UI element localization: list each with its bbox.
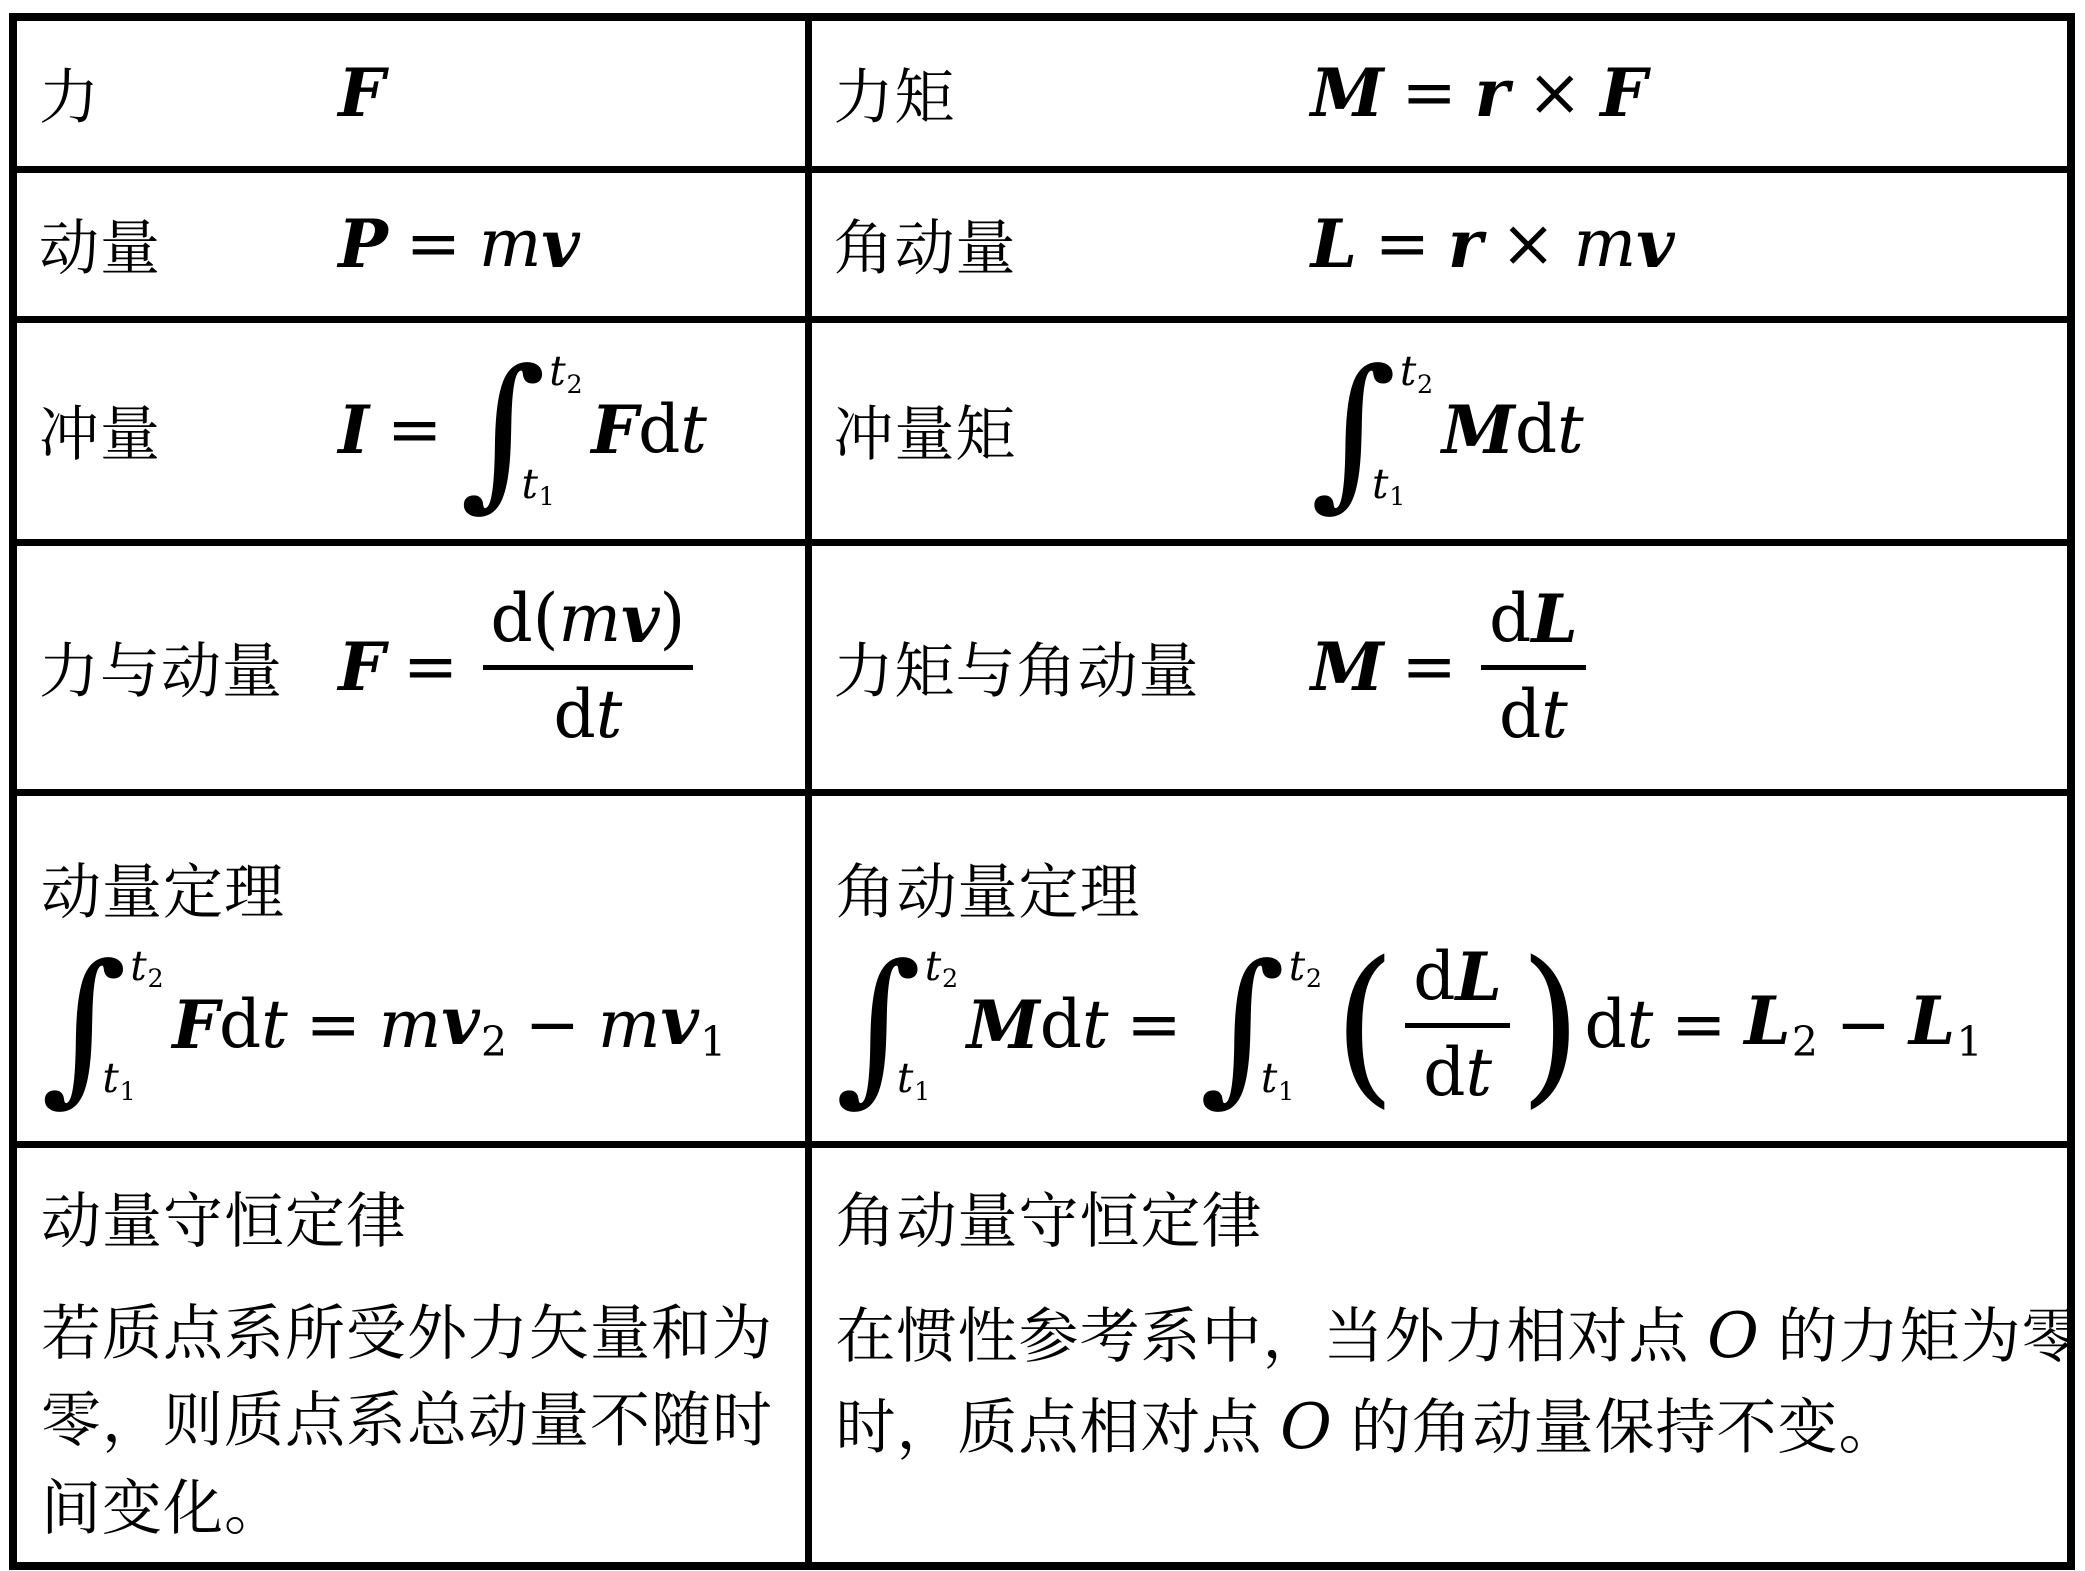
cell-torque-and-angular-momentum: 力矩与角动量 M=dLdt [808, 542, 2071, 792]
cell-angular-momentum-theorem: 角动量定理 ∫t2t1Mdt=∫t2t1(dLdt)dt=L2−L1 [808, 792, 2071, 1144]
cell-force-and-momentum: 力与动量 F=d(mv)dt [13, 542, 808, 792]
force-and-momentum-formula: F=d(mv)dt [338, 583, 700, 752]
impulse-moment-label: 冲量矩 [834, 387, 1311, 473]
torque-label: 力矩 [834, 50, 1311, 136]
row-momentum: 动量 P=mv 角动量 L=r×mv [13, 169, 2071, 319]
cell-momentum: 动量 P=mv [13, 169, 808, 319]
cell-torque: 力矩 M=r×F [808, 17, 2071, 169]
page: { "colors": { "background": "#ffffff", "… [0, 0, 2085, 1571]
physics-formula-table: 力 F 力矩 M=r×F 动量 P=mv 角动量 L=r×mv [9, 13, 2075, 1570]
angular-momentum-label: 角动量 [834, 201, 1311, 287]
cell-momentum-theorem: 动量定理 ∫t2t1Fdt=mv2−mv1 [13, 792, 808, 1144]
row-derivative-relations: 力与动量 F=d(mv)dt 力矩与角动量 M=dLdt [13, 542, 2071, 792]
angular-momentum-formula: L=r×mv [1311, 208, 1675, 281]
row-force: 力 F 力矩 M=r×F [13, 17, 2071, 169]
force-and-momentum-label: 力与动量 [39, 624, 338, 710]
momentum-theorem-formula: ∫t2t1Fdt=mv2−mv1 [41, 941, 726, 1109]
momentum-conservation-text: 若质点系所受外力矢量和为零，则质点系总动量不随时间变化。 [41, 1290, 808, 1553]
angular-momentum-conservation-title: 角动量守恒定律 [836, 1174, 1263, 1260]
angular-momentum-conservation-text: 在惯性参考系中，当外力相对点 O 的力矩为零时，质点相对点 O 的角动量保持不变… [836, 1290, 2072, 1474]
cell-momentum-conservation: 动量守恒定律 若质点系所受外力矢量和为零，则质点系总动量不随时间变化。 [13, 1144, 808, 1566]
row-theorems: 动量定理 ∫t2t1Fdt=mv2−mv1 角动量定理 ∫t2t1Mdt=∫t2… [13, 792, 2071, 1144]
momentum-formula: P=mv [338, 208, 580, 281]
momentum-conservation-title: 动量守恒定律 [41, 1174, 407, 1260]
force-label: 力 [39, 50, 338, 136]
momentum-theorem-title: 动量定理 [41, 845, 285, 931]
row-conservation-laws: 动量守恒定律 若质点系所受外力矢量和为零，则质点系总动量不随时间变化。 角动量守… [13, 1144, 2071, 1566]
cell-impulse: 冲量 I=∫t2t1Fdt [13, 319, 808, 542]
torque-and-angular-momentum-formula: M=dLdt [1311, 583, 1593, 752]
torque-and-angular-momentum-label: 力矩与角动量 [834, 624, 1311, 710]
angular-momentum-theorem-formula: ∫t2t1Mdt=∫t2t1(dLdt)dt=L2−L1 [836, 941, 1983, 1110]
torque-formula: M=r×F [1311, 57, 1648, 130]
angular-momentum-theorem-title: 角动量定理 [836, 845, 1141, 931]
cell-angular-momentum: 角动量 L=r×mv [808, 169, 2071, 319]
momentum-label: 动量 [39, 201, 338, 287]
impulse-moment-formula: ∫t2t1Mdt [1311, 346, 1584, 514]
impulse-label: 冲量 [39, 387, 338, 473]
cell-force: 力 F [13, 17, 808, 169]
cell-angular-momentum-conservation: 角动量守恒定律 在惯性参考系中，当外力相对点 O 的力矩为零时，质点相对点 O … [808, 1144, 2071, 1566]
impulse-formula: I=∫t2t1Fdt [338, 346, 707, 514]
row-impulse: 冲量 I=∫t2t1Fdt 冲量矩 ∫t2t1Mdt [13, 319, 2071, 542]
cell-impulse-moment: 冲量矩 ∫t2t1Mdt [808, 319, 2071, 542]
force-formula: F [338, 57, 385, 130]
